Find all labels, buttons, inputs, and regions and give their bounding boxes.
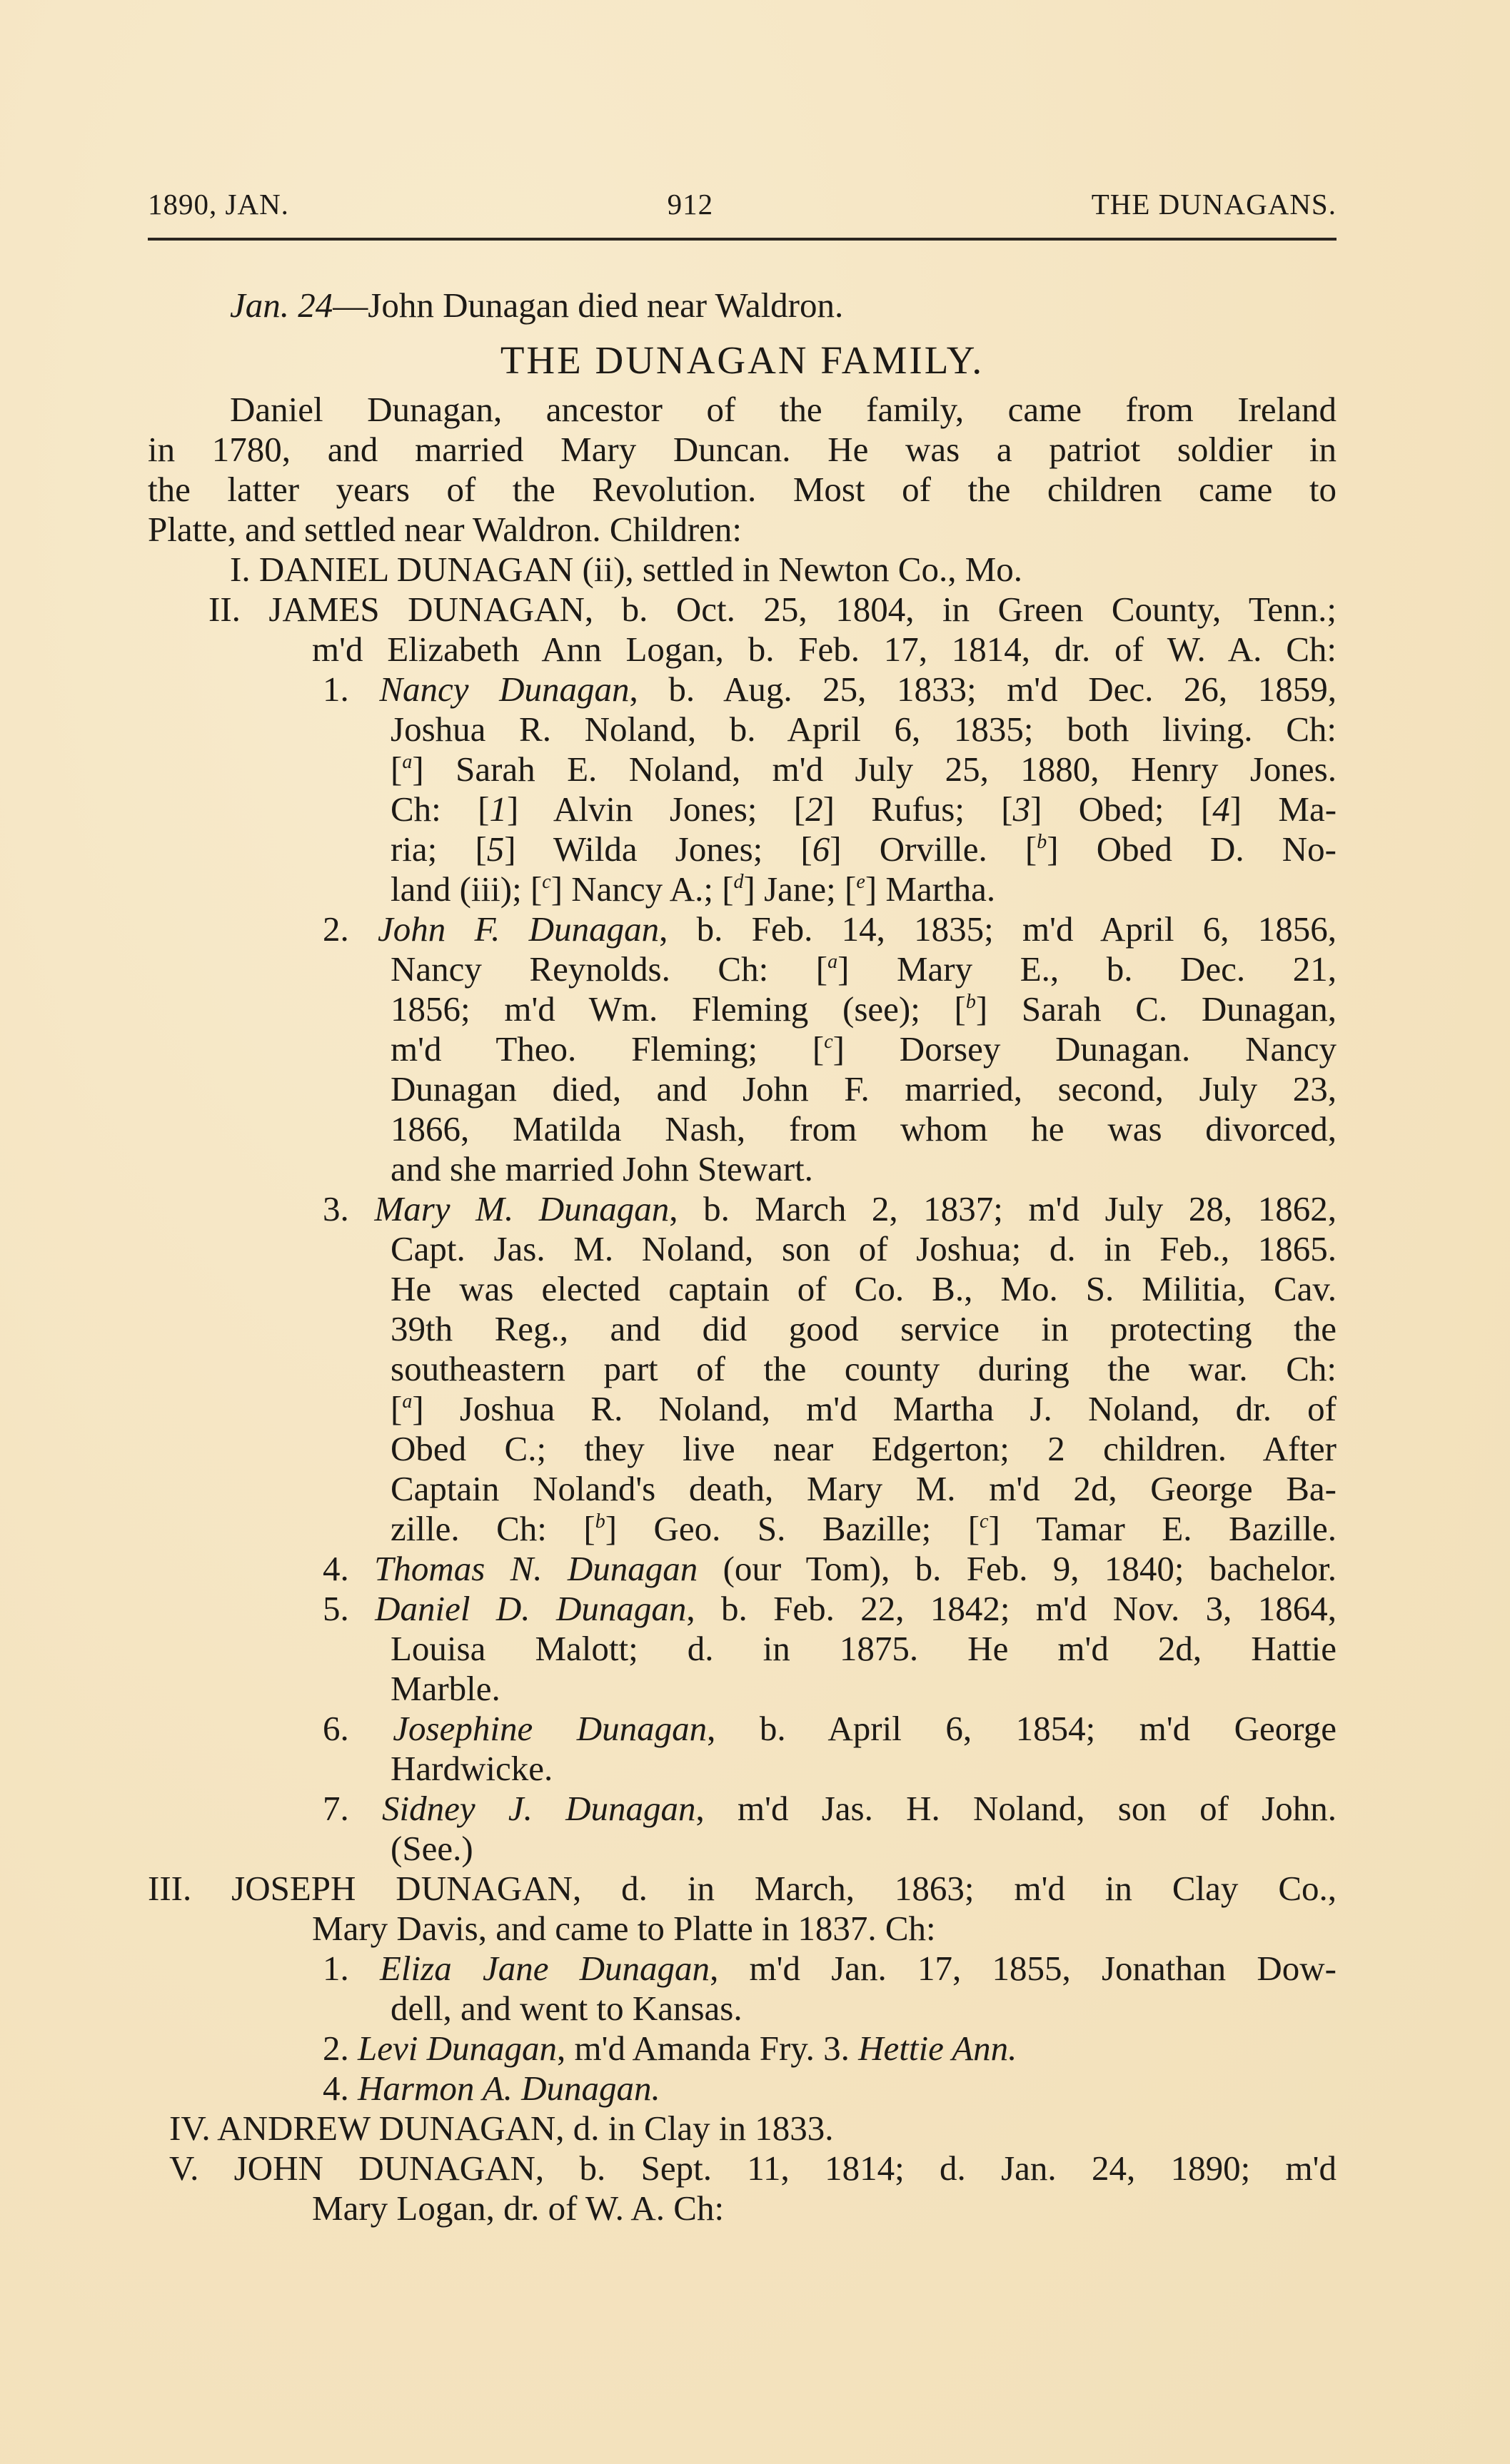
genealogy-line: 1866, Matilda Nash, from whom he was div… [148,1109,1337,1149]
genealogy-list: I. DANIEL DUNAGAN (ii), settled in Newto… [148,550,1337,2228]
person-name: Hettie Ann. [858,2029,1017,2068]
genealogy-line: Marble. [148,1669,1337,1709]
intro-line: in 1780, and married Mary Duncan. He was… [148,430,1337,470]
genealogy-line: Louisa Malott; d. in 1875. He m'd 2d, Ha… [148,1629,1337,1669]
genealogy-line: 39th Reg., and did good service in prote… [148,1309,1337,1349]
genealogy-line: II. JAMES DUNAGAN, b. Oct. 25, 1804, in … [148,590,1337,630]
genealogy-line: m'd Theo. Fleming; [c] Dorsey Dunagan. N… [148,1029,1337,1069]
genealogy-line: 6. Josephine Dunagan, b. April 6, 1854; … [148,1709,1337,1749]
genealogy-line: Mary Logan, dr. of W. A. Ch: [148,2188,1337,2228]
book-page: 1890, JAN. 912 THE DUNAGANS. Jan. 24—Joh… [0,0,1510,2464]
genealogy-line: 5. Daniel D. Dunagan, b. Feb. 22, 1842; … [148,1589,1337,1629]
journal-entry: Jan. 24—John Dunagan died near Waldron. [148,286,1337,333]
genealogy-line: 2. Levi Dunagan, m'd Amanda Fry. 3. Hett… [148,2029,1337,2069]
person-name: Levi Dunagan [358,2029,557,2068]
genealogy-line: 2. John F. Dunagan, b. Feb. 14, 1835; m'… [148,909,1337,949]
genealogy-line: dell, and went to Kansas. [148,1989,1337,2029]
genealogy-line: Captain Noland's death, Mary M. m'd 2d, … [148,1469,1337,1509]
genealogy-line: IV. ANDREW DUNAGAN, d. in Clay in 1833. [148,2109,1337,2149]
genealogy-line: Joshua R. Noland, b. April 6, 1835; both… [148,710,1337,749]
page-body: Jan. 24—John Dunagan died near Waldron. … [148,286,1337,2228]
genealogy-line: Mary Davis, and came to Platte in 1837. … [148,1909,1337,1949]
person-name: Josephine Dunagan [393,1709,707,1748]
genealogy-line: 7. Sidney J. Dunagan, m'd Jas. H. Noland… [148,1789,1337,1829]
person-name: Thomas N. Dunagan [374,1549,698,1588]
header-rule [148,238,1337,241]
genealogy-line: 4. Thomas N. Dunagan (our Tom), b. Feb. … [148,1549,1337,1589]
genealogy-line: [a] Sarah E. Noland, m'd July 25, 1880, … [148,749,1337,789]
genealogy-line: m'd Elizabeth Ann Logan, b. Feb. 17, 181… [148,630,1337,670]
genealogy-line: southeastern part of the county during t… [148,1349,1337,1389]
genealogy-line: I. DANIEL DUNAGAN (ii), settled in Newto… [148,550,1337,590]
genealogy-line: zille. Ch: [b] Geo. S. Bazille; [c] Tama… [148,1509,1337,1549]
running-head-title: THE DUNAGANS. [1092,187,1337,221]
genealogy-line: (See.) [148,1829,1337,1869]
genealogy-line: Obed C.; they live near Edgerton; 2 chil… [148,1429,1337,1469]
intro-line: Platte, and settled near Waldron. Childr… [148,510,1337,550]
person-name: John F. Dunagan [378,909,659,949]
intro-line: the latter years of the Revolution. Most… [148,470,1337,510]
genealogy-line: 4. Harmon A. Dunagan. [148,2069,1337,2109]
person-name: Sidney J. Dunagan [382,1789,696,1828]
genealogy-line: 1. Nancy Dunagan, b. Aug. 25, 1833; m'd … [148,670,1337,710]
person-name: Eliza Jane Dunagan [380,1949,710,1988]
genealogy-line: land (iii); [c] Nancy A.; [d] Jane; [e] … [148,869,1337,909]
person-name: Nancy Dunagan [379,670,629,709]
genealogy-line: [a] Joshua R. Noland, m'd Martha J. Nola… [148,1389,1337,1429]
intro-line: Daniel Dunagan, ancestor of the family, … [148,390,1337,430]
genealogy-line: III. JOSEPH DUNAGAN, d. in March, 1863; … [148,1869,1337,1909]
section-title: THE DUNAGAN FAMILY. [148,335,1337,385]
person-name: Mary M. Dunagan [374,1189,669,1228]
entry-date: Jan. 24 [230,286,333,325]
intro-paragraph: Daniel Dunagan, ancestor of the family, … [148,390,1337,550]
running-head: 1890, JAN. 912 THE DUNAGANS. [148,187,1337,221]
entry-text: —John Dunagan died near Waldron. [333,286,843,325]
genealogy-line: He was elected captain of Co. B., Mo. S.… [148,1269,1337,1309]
person-name: Daniel D. Dunagan [375,1589,686,1628]
genealogy-line: and she married John Stewart. [148,1149,1337,1189]
running-head-date: 1890, JAN. [148,187,289,221]
person-name: Harmon A. Dunagan. [358,2069,660,2108]
genealogy-line: 1856; m'd Wm. Fleming (see); [b] Sarah C… [148,989,1337,1029]
genealogy-line: 3. Mary M. Dunagan, b. March 2, 1837; m'… [148,1189,1337,1229]
genealogy-line: Ch: [1] Alvin Jones; [2] Rufus; [3] Obed… [148,789,1337,829]
genealogy-line: Nancy Reynolds. Ch: [a] Mary E., b. Dec.… [148,949,1337,989]
genealogy-line: Hardwicke. [148,1749,1337,1789]
genealogy-line: V. JOHN DUNAGAN, b. Sept. 11, 1814; d. J… [148,2149,1337,2188]
genealogy-line: Capt. Jas. M. Noland, son of Joshua; d. … [148,1229,1337,1269]
page-number: 912 [668,187,714,221]
genealogy-line: ria; [5] Wilda Jones; [6] Orville. [b] O… [148,829,1337,869]
genealogy-line: 1. Eliza Jane Dunagan, m'd Jan. 17, 1855… [148,1949,1337,1989]
genealogy-line: Dunagan died, and John F. married, secon… [148,1069,1337,1109]
